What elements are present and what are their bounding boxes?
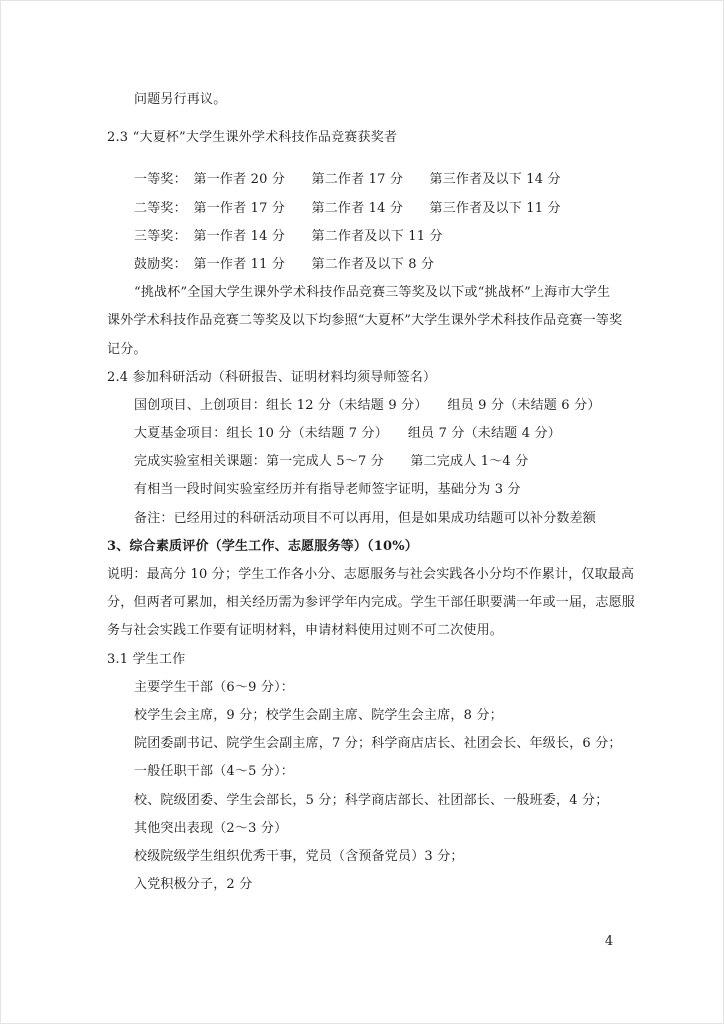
challenge-cup-paragraph-line-3: 记分。 [107, 336, 667, 364]
document-page: 问题另行再议。 2.3 “大夏杯”大学生课外学术科技作品竞赛获奖者 一等奖： 第… [0, 0, 724, 1024]
remark-line: 备注：已经用过的科研活动项目不可以再用，但是如果成功结题可以补分数差额 [107, 505, 667, 533]
award-first-prize-line: 一等奖： 第一作者 20 分 第二作者 17 分 第三作者及以下 14 分 [107, 166, 667, 194]
national-innovation-project-line: 国创项目、上创项目：组长 12 分（未结题 9 分） 组员 9 分（未结题 6 … [107, 392, 667, 420]
explanation-paragraph-line-1: 说明：最高分 10 分；学生工作各小分、志愿服务与社会实践各小分均不作累计，仅取… [107, 561, 667, 589]
challenge-cup-paragraph-line-1: “挑战杯”全国大学生课外学术科技作品竞赛三等奖及以下或“挑战杯”上海市大学生 [107, 279, 667, 307]
paragraph-tail-problem-note: 问题另行再议。 [107, 86, 667, 114]
party-activist-line: 入党积极分子，2 分 [107, 871, 667, 899]
other-performance-heading-line: 其他突出表现（2～3 分） [107, 815, 667, 843]
challenge-cup-paragraph-line-2: 课外学术科技作品竞赛二等奖及以下均参照“大夏杯”大学生课外学术科技作品竞赛一等奖 [107, 307, 667, 335]
award-second-prize-line: 二等奖： 第一作者 17 分 第二作者 14 分 第三作者及以下 11 分 [107, 195, 667, 223]
department-head-line: 校、院级团委、学生会部长，5 分；科学商店部长、社团部长、一般班委，4 分； [107, 787, 667, 815]
document-body: 问题另行再议。 2.3 “大夏杯”大学生课外学术科技作品竞赛获奖者 一等奖： 第… [107, 86, 667, 899]
main-student-cadre-heading-line: 主要学生干部（6～9 分）： [107, 674, 667, 702]
deputy-secretary-line: 院团委副书记、院学生会副主席，7 分；科学商店店长、社团会长、年级长，6 分； [107, 730, 667, 758]
general-cadre-heading-line: 一般任职干部（4～5 分）： [107, 758, 667, 786]
explanation-paragraph-line-2: 分，但两者可累加，相关经历需为参评学年内完成。学生干部任职要满一年或一届，志愿服 [107, 589, 667, 617]
award-third-prize-line: 三等奖： 第一作者 14 分 第二作者及以下 11 分 [107, 223, 667, 251]
student-union-president-line: 校学生会主席，9 分；校学生会副主席、院学生会主席，8 分； [107, 702, 667, 730]
excellent-staff-party-member-line: 校级院级学生组织优秀干事，党员（含预备党员）3 分； [107, 843, 667, 871]
section-heading-3: 3、综合素质评价（学生工作、志愿服务等）（10%） [107, 533, 667, 561]
daxia-fund-project-line: 大夏基金项目：组长 10 分（未结题 7 分） 组员 7 分（未结题 4 分） [107, 420, 667, 448]
lab-experience-line: 有相当一段时间实验室经历并有指导老师签字证明，基础分为 3 分 [107, 476, 667, 504]
award-encouragement-prize-line: 鼓励奖： 第一作者 11 分 第二作者及以下 8 分 [107, 251, 667, 279]
page-number: 4 [597, 933, 621, 951]
lab-project-line: 完成实验室相关课题：第一完成人 5～7 分 第二完成人 1～4 分 [107, 448, 667, 476]
section-heading-3-1: 3.1 学生工作 [107, 646, 667, 674]
section-heading-2-4: 2.4 参加科研活动（科研报告、证明材料均须导师签名） [107, 364, 667, 392]
explanation-paragraph-line-3: 务与社会实践工作要有证明材料，申请材料使用过则不可二次使用。 [107, 617, 667, 645]
section-heading-2-3: 2.3 “大夏杯”大学生课外学术科技作品竞赛获奖者 [107, 124, 667, 152]
